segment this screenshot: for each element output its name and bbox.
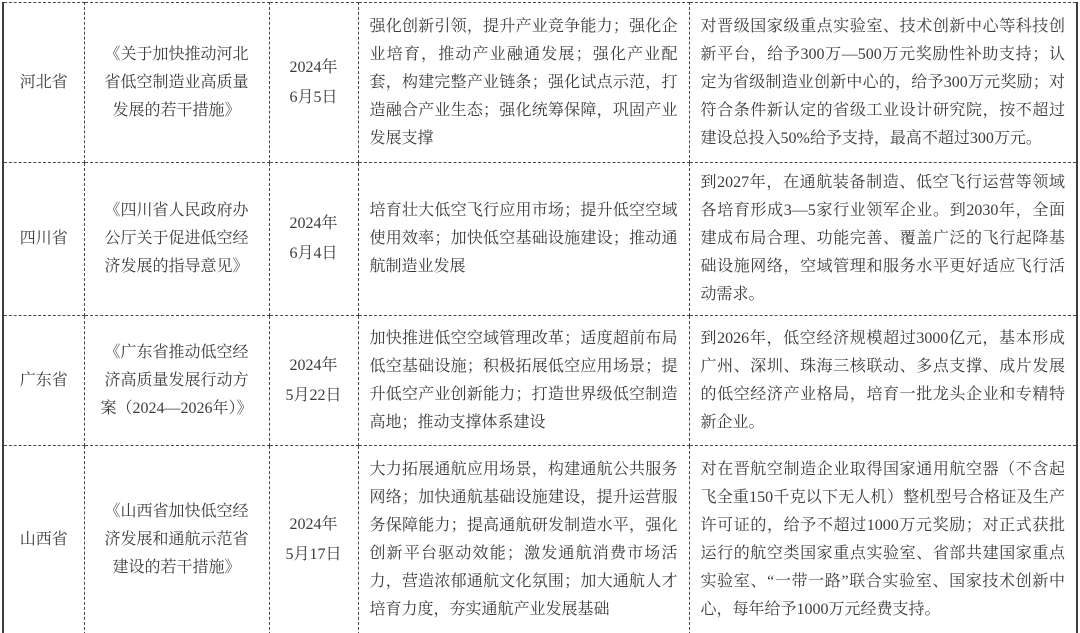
date-year: 2024年 bbox=[278, 351, 350, 381]
province-cell: 广东省 bbox=[3, 316, 84, 446]
province-cell: 河北省 bbox=[3, 3, 84, 163]
measures-cell: 强化创新引领，提升产业竞争能力；强化企业培育，推动产业融通发展；强化产业配套，构… bbox=[358, 3, 689, 163]
policy-title-cell: 《关于加快推动河北省低空制造业高质量发展的若干措施》 bbox=[84, 3, 269, 163]
measures-cell: 培育壮大低空飞行应用市场；提升低空空域使用效率；加快低空基础设施建设；推动通航制… bbox=[358, 163, 689, 316]
province-cell: 山西省 bbox=[3, 446, 84, 633]
target-cell: 到2027年，在通航装备制造、低空飞行运营等领域各培育形成3—5家行业领军企业。… bbox=[689, 163, 1077, 316]
policy-title-cell: 《广东省推动低空经济高质量发展行动方案（2024—2026年）》 bbox=[84, 316, 269, 446]
date-day: 6月5日 bbox=[278, 83, 350, 113]
date-cell: 2024年 6月4日 bbox=[269, 163, 358, 316]
date-year: 2024年 bbox=[278, 53, 350, 83]
date-cell: 2024年 5月17日 bbox=[269, 446, 358, 633]
date-day: 5月22日 bbox=[278, 381, 350, 411]
table-row-guangdong: 广东省 《广东省推动低空经济高质量发展行动方案（2024—2026年）》 202… bbox=[3, 316, 1077, 446]
province-cell: 四川省 bbox=[3, 163, 84, 316]
measures-cell: 大力拓展通航应用场景，构建通航公共服务网络；加快通航基础设施建设，提升运营服务保… bbox=[358, 446, 689, 633]
target-cell: 对晋级国家级重点实验室、技术创新中心等科技创新平台，给予300万—500万元奖励… bbox=[689, 3, 1077, 163]
table-row-shanxi: 山西省 《山西省加快低空经济发展和通航示范省建设的若干措施》 2024年 5月1… bbox=[3, 446, 1077, 633]
policy-title-cell: 《四川省人民政府办公厅关于促进低空经济发展的指导意见》 bbox=[84, 163, 269, 316]
target-cell: 到2026年，低空经济规模超过3000亿元，基本形成广州、深圳、珠海三核联动、多… bbox=[689, 316, 1077, 446]
policy-title-cell: 《山西省加快低空经济发展和通航示范省建设的若干措施》 bbox=[84, 446, 269, 633]
target-cell: 对在晋航空制造企业取得国家通用航空器（不含起飞全重150千克以下无人机）整机型号… bbox=[689, 446, 1077, 633]
date-year: 2024年 bbox=[278, 510, 350, 540]
date-year: 2024年 bbox=[278, 209, 350, 239]
policy-table: 河北省 《关于加快推动河北省低空制造业高质量发展的若干措施》 2024年 6月5… bbox=[2, 2, 1078, 633]
table-row-sichuan: 四川省 《四川省人民政府办公厅关于促进低空经济发展的指导意见》 2024年 6月… bbox=[3, 163, 1077, 316]
date-day: 5月17日 bbox=[278, 540, 350, 570]
date-day: 6月4日 bbox=[278, 239, 350, 269]
date-cell: 2024年 5月22日 bbox=[269, 316, 358, 446]
date-cell: 2024年 6月5日 bbox=[269, 3, 358, 163]
measures-cell: 加快推进低空空域管理改革；适度超前布局低空基础设施；积极拓展低空应用场景；提升低… bbox=[358, 316, 689, 446]
document-page: 河北省 《关于加快推动河北省低空制造业高质量发展的若干措施》 2024年 6月5… bbox=[0, 0, 1080, 633]
table-row-hebei: 河北省 《关于加快推动河北省低空制造业高质量发展的若干措施》 2024年 6月5… bbox=[3, 3, 1077, 163]
